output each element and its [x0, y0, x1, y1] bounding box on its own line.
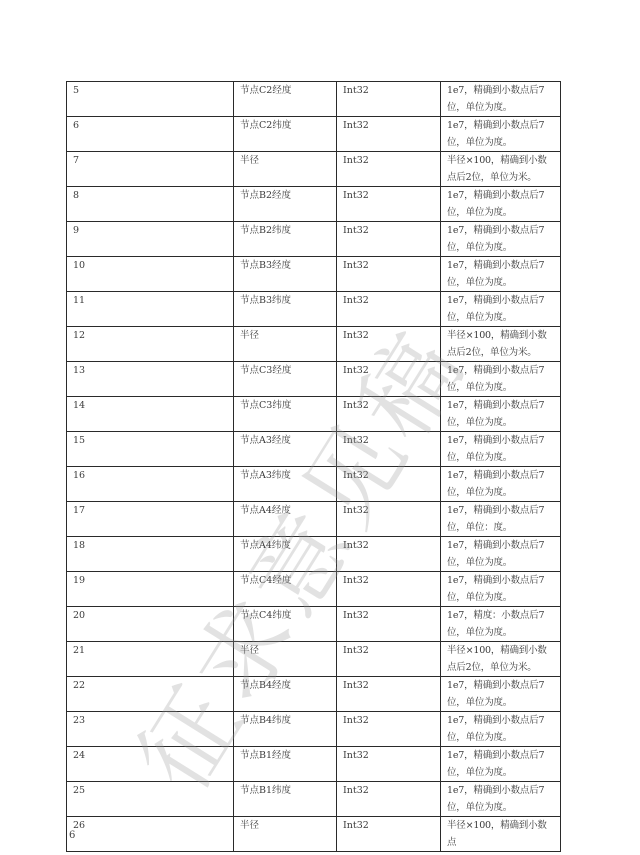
field-name-cell: 节点B3纬度: [234, 292, 337, 327]
field-type-cell: Int32: [337, 712, 441, 747]
field-name-cell: 节点B4经度: [234, 677, 337, 712]
field-type-cell: Int32: [337, 152, 441, 187]
field-type-cell: Int32: [337, 817, 441, 852]
field-index-cell: 22: [67, 677, 234, 712]
field-type-cell: Int32: [337, 117, 441, 152]
field-name-cell: 节点C3纬度: [234, 397, 337, 432]
field-description-cell: 1e7，精确到小数点后7位，单位为度。: [441, 82, 561, 117]
field-spec-table-body: 5 节点C2经度 Int32 1e7，精确到小数点后7位，单位为度。 6 节点C…: [67, 82, 561, 852]
field-index-cell: 19: [67, 572, 234, 607]
field-description-cell: 半径×100，精确到小数点后2位，单位为米。: [441, 642, 561, 677]
table-row: 9 节点B2纬度 Int32 1e7，精确到小数点后7位，单位为度。: [67, 222, 561, 257]
field-type-cell: Int32: [337, 572, 441, 607]
field-name-cell: 节点B3经度: [234, 257, 337, 292]
field-index-cell: 13: [67, 362, 234, 397]
table-row: 26 半径 Int32 半径×100，精确到小数点: [67, 817, 561, 852]
table-row: 7 半径 Int32 半径×100，精确到小数点后2位，单位为米。: [67, 152, 561, 187]
field-index-cell: 25: [67, 782, 234, 817]
field-type-cell: Int32: [337, 187, 441, 222]
field-description-cell: 1e7，精度：小数点后7位，单位为度。: [441, 607, 561, 642]
field-name-cell: 节点C4纬度: [234, 607, 337, 642]
field-description-cell: 1e7，精确到小数点后7位，单位为度。: [441, 747, 561, 782]
field-type-cell: Int32: [337, 607, 441, 642]
field-index-cell: 12: [67, 327, 234, 362]
field-name-cell: 节点A4经度: [234, 502, 337, 537]
field-name-cell: 半径: [234, 817, 337, 852]
field-index-cell: 17: [67, 502, 234, 537]
field-description-cell: 1e7，精确到小数点后7位，单位为度。: [441, 467, 561, 502]
field-index-cell: 5: [67, 82, 234, 117]
table-row: 8 节点B2经度 Int32 1e7，精确到小数点后7位，单位为度。: [67, 187, 561, 222]
field-name-cell: 节点B2纬度: [234, 222, 337, 257]
field-index-cell: 14: [67, 397, 234, 432]
field-index-cell: 15: [67, 432, 234, 467]
table-row: 12 半径 Int32 半径×100，精确到小数点后2位，单位为米。: [67, 327, 561, 362]
field-index-cell: 9: [67, 222, 234, 257]
field-type-cell: Int32: [337, 747, 441, 782]
field-type-cell: Int32: [337, 257, 441, 292]
field-index-cell: 23: [67, 712, 234, 747]
field-index-cell: 7: [67, 152, 234, 187]
field-type-cell: Int32: [337, 222, 441, 257]
field-description-cell: 1e7，精确到小数点后7位，单位为度。: [441, 572, 561, 607]
table-row: 13 节点C3经度 Int32 1e7，精确到小数点后7位，单位为度。: [67, 362, 561, 397]
field-index-cell: 8: [67, 187, 234, 222]
field-type-cell: Int32: [337, 537, 441, 572]
field-name-cell: 节点B4纬度: [234, 712, 337, 747]
table-row: 5 节点C2经度 Int32 1e7，精确到小数点后7位，单位为度。: [67, 82, 561, 117]
field-description-cell: 1e7，精确到小数点后7位，单位为度。: [441, 292, 561, 327]
field-name-cell: 节点A3纬度: [234, 467, 337, 502]
field-type-cell: Int32: [337, 327, 441, 362]
field-name-cell: 节点C3经度: [234, 362, 337, 397]
field-description-cell: 1e7，精确到小数点后7位，单位为度。: [441, 432, 561, 467]
field-type-cell: Int32: [337, 467, 441, 502]
field-type-cell: Int32: [337, 397, 441, 432]
table-row: 25 节点B1纬度 Int32 1e7，精确到小数点后7位，单位为度。: [67, 782, 561, 817]
field-type-cell: Int32: [337, 782, 441, 817]
field-type-cell: Int32: [337, 432, 441, 467]
field-index-cell: 16: [67, 467, 234, 502]
field-index-cell: 26: [67, 817, 234, 852]
field-name-cell: 节点B1经度: [234, 747, 337, 782]
field-name-cell: 节点C4经度: [234, 572, 337, 607]
document-page: 5 节点C2经度 Int32 1e7，精确到小数点后7位，单位为度。 6 节点C…: [0, 0, 640, 855]
field-name-cell: 节点A3经度: [234, 432, 337, 467]
field-name-cell: 半径: [234, 642, 337, 677]
table-row: 22 节点B4经度 Int32 1e7，精确到小数点后7位，单位为度。: [67, 677, 561, 712]
field-description-cell: 半径×100，精确到小数点后2位，单位为米。: [441, 327, 561, 362]
field-description-cell: 1e7，精确到小数点后7位，单位为度。: [441, 397, 561, 432]
field-index-cell: 11: [67, 292, 234, 327]
field-name-cell: 节点C2纬度: [234, 117, 337, 152]
field-description-cell: 半径×100，精确到小数点后2位，单位为米。: [441, 152, 561, 187]
table-row: 18 节点A4纬度 Int32 1e7，精确到小数点后7位，单位为度。: [67, 537, 561, 572]
field-description-cell: 1e7，精确到小数点后7位，单位为度。: [441, 257, 561, 292]
field-description-cell: 1e7，精确到小数点后7位，单位为度。: [441, 362, 561, 397]
field-description-cell: 1e7，精确到小数点后7位，单位为度。: [441, 222, 561, 257]
field-type-cell: Int32: [337, 362, 441, 397]
field-type-cell: Int32: [337, 677, 441, 712]
table-row: 14 节点C3纬度 Int32 1e7，精确到小数点后7位，单位为度。: [67, 397, 561, 432]
table-row: 21 半径 Int32 半径×100，精确到小数点后2位，单位为米。: [67, 642, 561, 677]
field-description-cell: 1e7，精确到小数点后7位，单位为度。: [441, 187, 561, 222]
table-row: 16 节点A3纬度 Int32 1e7，精确到小数点后7位，单位为度。: [67, 467, 561, 502]
table-row: 19 节点C4经度 Int32 1e7，精确到小数点后7位，单位为度。: [67, 572, 561, 607]
field-index-cell: 18: [67, 537, 234, 572]
table-row: 17 节点A4经度 Int32 1e7，精确到小数点后7位，单位：度。: [67, 502, 561, 537]
field-description-cell: 1e7，精确到小数点后7位，单位为度。: [441, 677, 561, 712]
field-description-cell: 1e7，精确到小数点后7位，单位：度。: [441, 502, 561, 537]
field-type-cell: Int32: [337, 82, 441, 117]
table-row: 20 节点C4纬度 Int32 1e7，精度：小数点后7位，单位为度。: [67, 607, 561, 642]
page-number: 6: [69, 830, 75, 841]
table-row: 15 节点A3经度 Int32 1e7，精确到小数点后7位，单位为度。: [67, 432, 561, 467]
field-index-cell: 6: [67, 117, 234, 152]
field-index-cell: 24: [67, 747, 234, 782]
field-description-cell: 1e7，精确到小数点后7位，单位为度。: [441, 712, 561, 747]
field-type-cell: Int32: [337, 642, 441, 677]
field-index-cell: 10: [67, 257, 234, 292]
field-description-cell: 1e7，精确到小数点后7位，单位为度。: [441, 117, 561, 152]
field-index-cell: 20: [67, 607, 234, 642]
field-type-cell: Int32: [337, 292, 441, 327]
table-row: 10 节点B3经度 Int32 1e7，精确到小数点后7位，单位为度。: [67, 257, 561, 292]
field-type-cell: Int32: [337, 502, 441, 537]
field-name-cell: 半径: [234, 327, 337, 362]
field-name-cell: 半径: [234, 152, 337, 187]
field-name-cell: 节点B1纬度: [234, 782, 337, 817]
field-name-cell: 节点B2经度: [234, 187, 337, 222]
field-name-cell: 节点C2经度: [234, 82, 337, 117]
table-row: 23 节点B4纬度 Int32 1e7，精确到小数点后7位，单位为度。: [67, 712, 561, 747]
field-description-cell: 半径×100，精确到小数点: [441, 817, 561, 852]
field-description-cell: 1e7，精确到小数点后7位，单位为度。: [441, 537, 561, 572]
table-row: 6 节点C2纬度 Int32 1e7，精确到小数点后7位，单位为度。: [67, 117, 561, 152]
field-description-cell: 1e7，精确到小数点后7位，单位为度。: [441, 782, 561, 817]
field-name-cell: 节点A4纬度: [234, 537, 337, 572]
table-row: 24 节点B1经度 Int32 1e7，精确到小数点后7位，单位为度。: [67, 747, 561, 782]
field-index-cell: 21: [67, 642, 234, 677]
field-spec-table: 5 节点C2经度 Int32 1e7，精确到小数点后7位，单位为度。 6 节点C…: [66, 81, 561, 852]
table-row: 11 节点B3纬度 Int32 1e7，精确到小数点后7位，单位为度。: [67, 292, 561, 327]
